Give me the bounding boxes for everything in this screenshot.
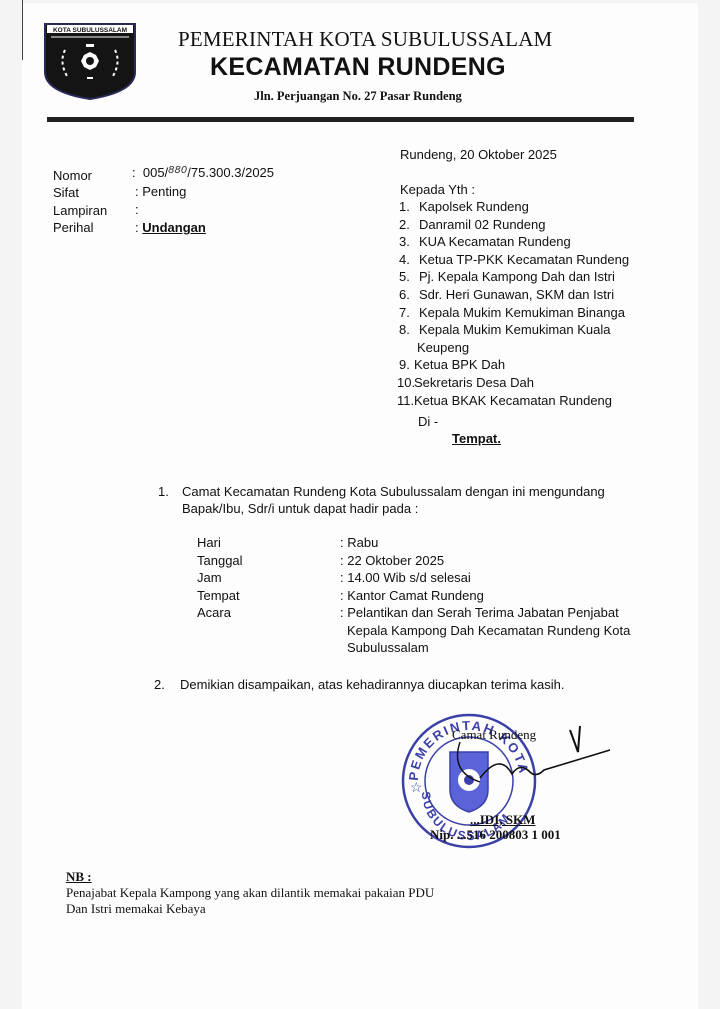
detail-value: : 14.00 Wib s/d selesai (340, 569, 471, 586)
recipient-item: Danramil 02 Rundeng (419, 216, 545, 233)
recipient-item: Ketua TP-PKK Kecamatan Rundeng (419, 251, 629, 268)
recipient-number: 5. (399, 268, 410, 285)
recipient-number: 3. (399, 233, 410, 250)
detail-label: Tanggal (197, 552, 243, 569)
recipient-item: Kepala Mukim Kemukiman Binanga (419, 304, 625, 321)
detail-value: : Kantor Camat Rundeng (340, 587, 484, 604)
letterhead-divider (47, 117, 634, 122)
note-line-2: Dan Istri memakai Kebaya (66, 900, 206, 917)
recipient-item: Pj. Kepala Kampong Dah dan Istri (419, 268, 615, 285)
nomor-value: : 005/880/75.300.3/2025 (132, 164, 274, 183)
lampiran-label: Lampiran (53, 202, 107, 219)
recipients-heading: Kepada Yth : (400, 181, 475, 198)
recipient-tempat: Tempat. (452, 430, 501, 447)
recipient-number: 9. (399, 356, 410, 373)
recipient-item: Kapolsek Rundeng (419, 198, 529, 215)
recipient-item: Kepala Mukim Kemukiman Kuala (419, 321, 610, 338)
letterhead-government: PEMERINTAH KOTA SUBULUSSALAM (178, 27, 552, 52)
detail-label: Acara (197, 604, 231, 621)
paragraph-2-text: Demikian disampaikan, atas kehadirannya … (180, 676, 564, 693)
detail-value-continued: Subulussalam (347, 639, 429, 656)
recipient-number: 4. (399, 251, 410, 268)
detail-value: : 22 Oktober 2025 (340, 552, 444, 569)
recipient-item: Sdr. Heri Gunawan, SKM dan Istri (419, 286, 614, 303)
perihal-label: Perihal (53, 219, 93, 236)
nomor-handwritten: 880 (168, 165, 187, 176)
letterhead-address: Jln. Perjuangan No. 27 Pasar Rundeng (254, 89, 462, 104)
paragraph-1-line-2: Bapak/Ibu, Sdr/i untuk dapat hadir pada … (182, 500, 418, 517)
paragraph-1-number: 1. (158, 483, 169, 500)
sifat-label: Sifat (53, 184, 79, 201)
detail-label: Jam (197, 569, 222, 586)
detail-value: : Pelantikan dan Serah Terima Jabatan Pe… (340, 604, 619, 621)
recipient-item: Sekretaris Desa Dah (414, 374, 534, 391)
recipient-item: KUA Kecamatan Rundeng (419, 233, 571, 250)
lampiran-value: : (135, 201, 139, 218)
recipient-number: 6. (399, 286, 410, 303)
recipient-di: Di - (418, 413, 438, 430)
place-date: Rundeng, 20 Oktober 2025 (400, 146, 557, 163)
perihal-value: : Undangan (135, 219, 206, 236)
note-heading: NB : (66, 868, 92, 885)
recipient-number: 11. (397, 392, 414, 409)
recipient-number: 7. (399, 304, 410, 321)
recipient-item-continued: Keupeng (417, 339, 469, 356)
detail-label: Hari (197, 534, 221, 551)
recipient-number: 1. (399, 198, 410, 215)
recipient-item: Ketua BPK Dah (414, 356, 505, 373)
svg-text:☆: ☆ (410, 779, 423, 795)
paragraph-2-number: 2. (154, 676, 165, 693)
recipient-number: 8. (399, 321, 410, 338)
note-line-1: Penajabat Kepala Kampong yang akan dilan… (66, 884, 434, 901)
sifat-value: : Penting (135, 183, 186, 200)
detail-value: : Rabu (340, 534, 378, 551)
signatory-nip: Nip. ...516 200803 1 001 (430, 826, 561, 843)
recipient-item: Ketua BKAK Kecamatan Rundeng (414, 392, 612, 409)
nomor-label: Nomor (53, 167, 92, 184)
recipient-number: 10. (397, 374, 415, 391)
paragraph-1-line-1: Camat Kecamatan Rundeng Kota Subulussala… (182, 483, 605, 500)
recipient-number: 2. (399, 216, 410, 233)
page-edge (22, 0, 23, 60)
city-emblem-icon: KOTA SUBULUSSALAM (43, 22, 137, 100)
svg-text:KOTA SUBULUSSALAM: KOTA SUBULUSSALAM (53, 27, 127, 34)
letterhead-office: KECAMATAN RUNDENG (210, 53, 506, 82)
detail-value-continued: Kepala Kampong Dah Kecamatan Rundeng Kot… (347, 622, 630, 639)
detail-label: Tempat (197, 587, 240, 604)
handwritten-signature-icon (440, 712, 620, 792)
